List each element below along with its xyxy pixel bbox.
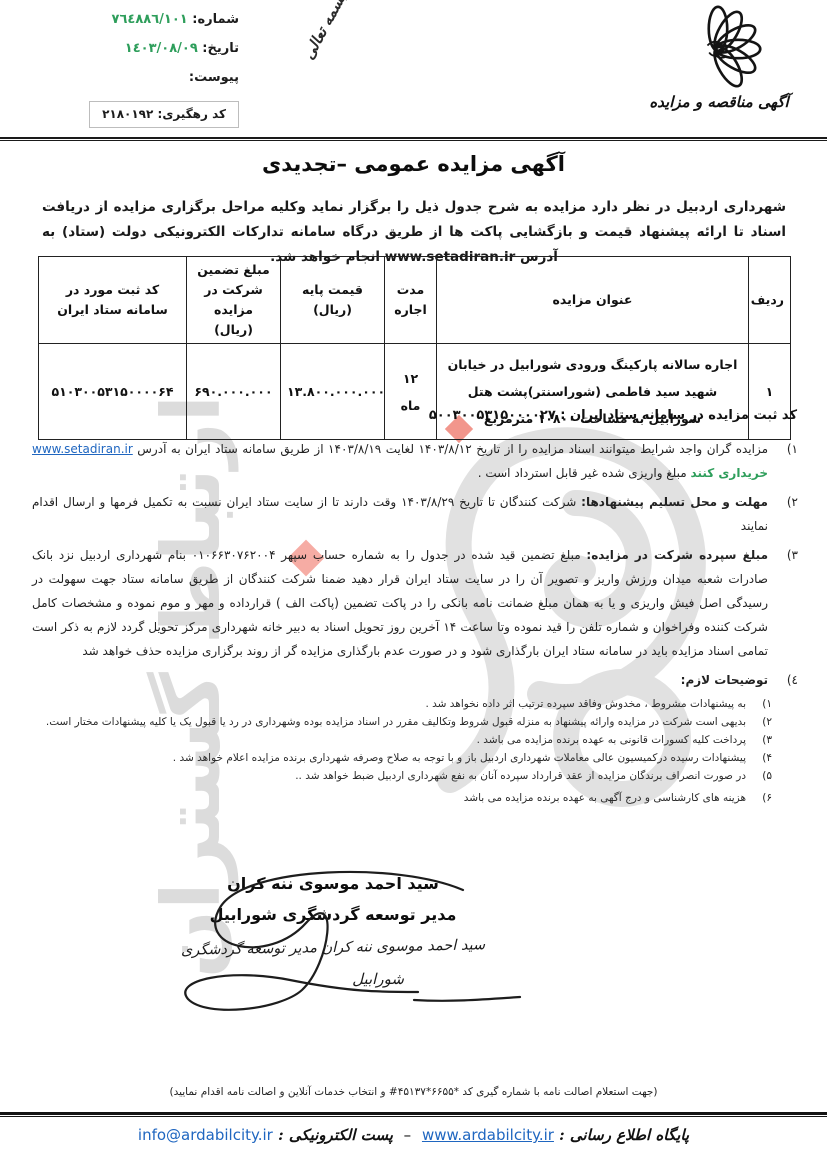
list-item: ۳) مبلغ سپرده شرکت در مزایده: مبلغ تضمین… xyxy=(32,543,798,663)
cell-guarantee-amount: ۶۹۰.۰۰۰.۰۰۰ xyxy=(187,344,281,440)
signature-handwriting-place: شورابیل xyxy=(118,970,638,988)
letter-number-row: شماره: ٧٦٤٨٨٦/١٠١ xyxy=(55,12,239,27)
list-item: ۲) مهلت و محل تسلیم پیشنهادها: شرکت کنند… xyxy=(32,490,798,538)
setad-registration-line: کد ثبت مزایده در سامانه ستاد ایران : ۵۰۰… xyxy=(30,408,797,423)
item3-text: مبلغ تضمین قید شده در جدول را به شماره ح… xyxy=(32,548,768,658)
note-text: در صورت انصراف برندگان مزایده از عقد قرا… xyxy=(32,768,746,784)
footer-divider xyxy=(0,1112,827,1117)
note-item: ۲) بدیهی است شرکت در مزایده وارائه پیشنه… xyxy=(32,714,772,730)
setadiran-link[interactable]: www.setadiran.ir xyxy=(32,442,133,456)
cell-auction-title: اجاره سالانه پارکینگ ورودی شورابیل در خی… xyxy=(437,344,749,440)
letter-date-row: تاریخ: ١٤٠٣/٠٨/٠٩ xyxy=(55,41,239,56)
signatory-title: مدیر توسعه گردشگری شورابیل xyxy=(118,905,548,924)
col-header-row-number: ردیف xyxy=(749,257,791,344)
footer-contact-line: پایگاه اطلاع رسانی : www.ardabilcity.ir … xyxy=(0,1126,827,1144)
letter-number-value: ٧٦٤٨٨٦/١٠١ xyxy=(112,12,188,27)
setad-registration-label: کد ثبت مزایده در سامانه ستاد ایران : xyxy=(556,408,797,423)
tracking-code-box: کد رهگیری: ۲۱۸۰۱۹۲ xyxy=(89,101,239,128)
besmele-calligraphy: بسمه تعالی xyxy=(301,0,350,60)
note-text: پیشنهادات رسیده درکمیسیون عالی معاملات ش… xyxy=(32,750,746,766)
note-item: ۱) به پیشنهادات مشروط ، مخدوش وفاقد سپرد… xyxy=(32,696,772,712)
item1-text-a: مزایده گران واجد شرایط میتوانند اسناد مز… xyxy=(133,442,768,456)
flower-emblem-icon xyxy=(674,4,762,94)
note-item: ۳) پرداخت کلیه کسورات قانونی به عهده برن… xyxy=(32,732,772,748)
col-header-guarantee-amount: مبلغ تضمین شرکت در مزایده (ریال) xyxy=(187,257,281,344)
page-title: آگهی مزایده عمومی –تجدیدی xyxy=(0,152,827,176)
letter-date-label: تاریخ: xyxy=(202,41,239,56)
item-text: مبلغ سپرده شرکت در مزایده: مبلغ تضمین قی… xyxy=(32,543,768,663)
authenticity-note: (جهت استعلام اصالت نامه با شماره گیری کد… xyxy=(0,1086,827,1098)
letter-attachment-label: پیوست: xyxy=(189,70,239,85)
letter-number-label: شماره: xyxy=(192,12,239,27)
signature-handwriting: سید احمد موسوی ننه کران مدیر توسعه گردشگ… xyxy=(118,936,548,960)
email-link[interactable]: info@ardabilcity.ir xyxy=(138,1126,273,1144)
item1-green-text: خریداری کنند xyxy=(691,466,768,480)
note-marker: ۳) xyxy=(746,732,772,748)
col-header-auction-title: عنوان مزایده xyxy=(437,257,749,344)
item-text: مهلت و محل تسلیم پیشنهادها: شرکت کنندگان… xyxy=(32,490,768,538)
note-marker: ۱) xyxy=(746,696,772,712)
cell-base-price: ۱۳.۸۰۰.۰۰۰.۰۰۰ xyxy=(281,344,385,440)
document-page: ارتباط گستران شماره: ٧٦٤٨٨٦/١٠١ تاریخ: ١… xyxy=(0,0,827,1169)
tracking-code-label: کد رهگیری: xyxy=(158,107,226,121)
item4-label: توضیحات لازم: xyxy=(32,668,768,692)
tracking-code-value: ۲۱۸۰۱۹۲ xyxy=(102,107,153,121)
item-marker: ۱) xyxy=(768,437,798,485)
item-marker: ٤) xyxy=(768,668,798,692)
col-header-base-price: قیمت پایه (ریال) xyxy=(281,257,385,344)
note-text: به پیشنهادات مشروط ، مخدوش وفاقد سپرده ت… xyxy=(32,696,746,712)
note-marker: ۶) xyxy=(746,790,772,806)
info-portal-label: پایگاه اطلاع رسانی : xyxy=(554,1126,689,1144)
cell-lease-duration: ۱۲ ماه xyxy=(385,344,437,440)
logo-caption: آگهی مناقصه و مزایده xyxy=(628,93,810,111)
letter-header-fields: شماره: ٧٦٤٨٨٦/١٠١ تاریخ: ١٤٠٣/٠٨/٠٩ پیوس… xyxy=(55,12,239,128)
cell-setad-code: ۵۱۰۳۰۰۵۳۱۵۰۰۰۰۶۴ xyxy=(39,344,187,440)
signatory-name: سید احمد موسوی ننه کران xyxy=(118,874,548,893)
email-label: پست الکترونیکی : xyxy=(273,1126,393,1144)
letter-date-value: ١٤٠٣/٠٨/٠٩ xyxy=(125,41,198,56)
item1-text-b: مبلغ واریزی شده غیر قابل استرداد است . xyxy=(478,466,691,480)
table-row: ۱ اجاره سالانه پارکینگ ورودی شورابیل در … xyxy=(39,344,791,440)
conditions-list: ۱) مزایده گران واجد شرایط میتوانند اسناد… xyxy=(32,437,798,808)
note-item: ۴) پیشنهادات رسیده درکمیسیون عالی معاملا… xyxy=(32,750,772,766)
note-text: بدیهی است شرکت در مزایده وارائه پیشنهاد … xyxy=(32,714,746,730)
setad-registration-value: ۵۰۰۳۰۰۵۳۱۵۰۰۰۰۲۷ xyxy=(429,408,556,423)
note-text: هزینه های کارشناسی و درج آگهی به عهده بر… xyxy=(32,790,746,806)
auction-table-header-row: ردیف عنوان مزایده مدت اجاره قیمت پایه (ر… xyxy=(39,257,791,344)
item2-label: مهلت و محل تسلیم پیشنهادها: xyxy=(581,495,768,509)
note-marker: ۲) xyxy=(746,714,772,730)
header-divider xyxy=(0,137,827,141)
item-marker: ۳) xyxy=(768,543,798,663)
col-header-lease-duration: مدت اجاره xyxy=(385,257,437,344)
municipality-logo xyxy=(672,4,764,98)
signature-block: سید احمد موسوی ننه کران مدیر توسعه گردشگ… xyxy=(118,874,548,988)
notes-sublist: ۱) به پیشنهادات مشروط ، مخدوش وفاقد سپرد… xyxy=(32,696,772,806)
cell-row-number: ۱ xyxy=(749,344,791,440)
list-item: ۱) مزایده گران واجد شرایط میتوانند اسناد… xyxy=(32,437,798,485)
website-link[interactable]: www.ardabilcity.ir xyxy=(422,1126,554,1144)
item-text: مزایده گران واجد شرایط میتوانند اسناد مز… xyxy=(32,437,768,485)
letter-attachment-row: پیوست: xyxy=(55,70,239,85)
item-marker: ۲) xyxy=(768,490,798,538)
note-item: ۵) در صورت انصراف برندگان مزایده از عقد … xyxy=(32,768,772,784)
note-marker: ۴) xyxy=(746,750,772,766)
note-item: ۶) هزینه های کارشناسی و درج آگهی به عهده… xyxy=(32,790,772,806)
item3-label: مبلغ سپرده شرکت در مزایده: xyxy=(586,548,768,562)
note-marker: ۵) xyxy=(746,768,772,784)
list-item: ٤) توضیحات لازم: xyxy=(32,668,798,692)
note-text: پرداخت کلیه کسورات قانونی به عهده برنده … xyxy=(32,732,746,748)
col-header-setad-code: کد ثبت مورد در سامانه ستاد ایران xyxy=(39,257,187,344)
footer-separator: – xyxy=(398,1126,418,1144)
